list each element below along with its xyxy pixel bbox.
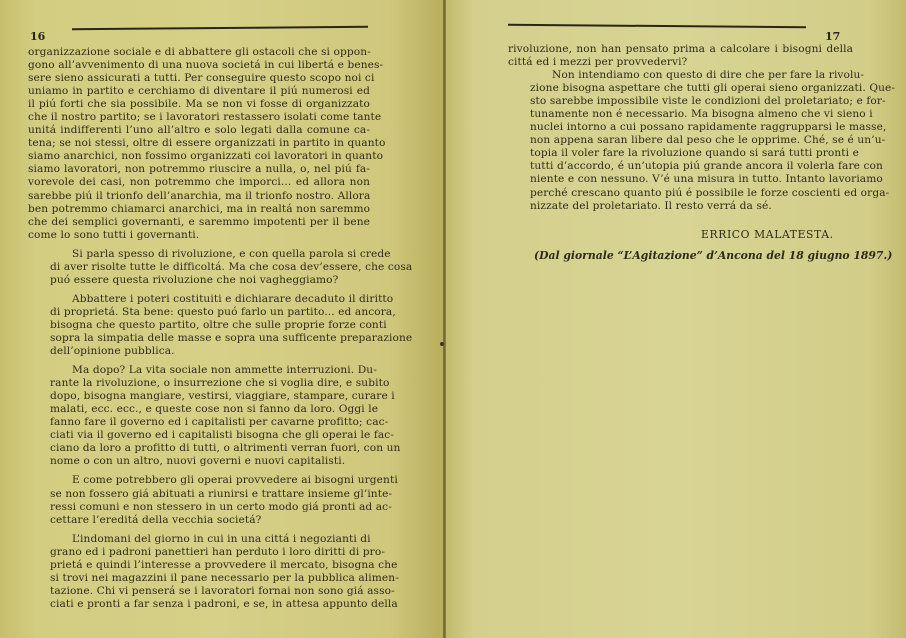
left-page-body-text: organizzazione sociale e di abbattere gl… — [28, 46, 370, 611]
text-line: dell’opinione pubblica. — [28, 345, 370, 358]
text-line: organizzazione sociale e di abbattere gl… — [28, 46, 370, 59]
text-line: rante la rivoluzione, o insurrezione che… — [28, 377, 370, 390]
header-rule-right — [508, 24, 806, 29]
text-line: tunamente non é necessario. Ma bisogna a… — [508, 108, 853, 121]
text-line: uniamo in partito e cerchiamo di diventa… — [28, 85, 370, 98]
text-line: topia il voler fare la rivoluzione quand… — [508, 147, 853, 160]
paragraph: Non intendiamo con questo di dire che pe… — [508, 69, 853, 213]
text-line: tazione. Chi vi penserá se i lavoratori … — [28, 585, 370, 598]
text-line: zione bisogna aspettare che tutti gli op… — [508, 82, 853, 95]
text-line: gono all’avvenimento di una nuova societ… — [28, 59, 370, 72]
text-line: ciano da loro a profitto di tutti, o alt… — [28, 442, 370, 455]
text-line: se non fossero giá abituati a riunirsi e… — [28, 488, 370, 501]
text-line: nome o con un altro, nuovi governi e nuo… — [28, 455, 370, 468]
text-line: nuclei intorno a cui possano rapidamente… — [508, 121, 853, 134]
paragraph: Abbattere i poteri costituiti e dichiara… — [28, 293, 370, 358]
text-line: ciati e pronti a far senza i padroni, e … — [28, 598, 370, 611]
text-line: sere sieno assicurati a tutti. Per conse… — [28, 72, 370, 85]
right-page: 17 rivoluzione, non han pensato prima a … — [446, 0, 906, 638]
text-line: siamo lavoratori, non potremmo riuscire … — [28, 163, 370, 176]
text-line: Si parla spesso di rivoluzione, e con qu… — [28, 248, 370, 261]
text-line: Non intendiamo con questo di dire che pe… — [508, 69, 853, 82]
text-line: di aver risolte tutte le difficoltá. Ma … — [28, 261, 370, 274]
text-line: siamo anarchici, non fossimo organizzati… — [28, 150, 370, 163]
text-line: sarebbe piú il trionfo dell’anarchia, ma… — [28, 190, 370, 203]
text-line: ciati via il governo ed i capitalisti bi… — [28, 429, 370, 442]
paragraph: E come potrebbero gli operai provvedere … — [28, 474, 370, 526]
text-line: nizzate del proletariato. Il resto verrá… — [508, 200, 853, 213]
text-line: vorevole dei casi, non potremmo che impo… — [28, 176, 370, 189]
text-line: si trovi nei magazzini il pane necessari… — [28, 572, 370, 585]
text-line: prietá e quindi l’interesse a provvedere… — [28, 559, 370, 572]
text-line: Abbattere i poteri costituiti e dichiara… — [28, 293, 370, 306]
author-signature: ERRICO MALATESTA. — [701, 228, 834, 241]
text-line: fanno fare il governo ed i capitalisti p… — [28, 416, 370, 429]
paragraph: L’indomani del giorno in cui in una citt… — [28, 533, 370, 611]
text-line: che il nostro partito; se i lavoratori r… — [28, 111, 370, 124]
text-line: che dei semplici governanti, e saremmo i… — [28, 216, 370, 229]
text-line: E come potrebbero gli operai provvedere … — [28, 474, 370, 487]
paragraph: organizzazione sociale e di abbattere gl… — [28, 46, 370, 242]
text-line: sopra la simpatia delle masse e sopra un… — [28, 332, 370, 345]
source-citation: (Dal giornale “L’Agitazione” d’Ancona de… — [534, 249, 892, 262]
paragraph: rivoluzione, non han pensato prima a cal… — [508, 43, 853, 69]
text-line: di proprietá. Sta bene: questo puó farlo… — [28, 306, 370, 319]
text-line: Ma dopo? La vita sociale non ammette int… — [28, 364, 370, 377]
text-line: malati, ecc. ecc., e queste cose non si … — [28, 403, 370, 416]
text-line: ressi comuni e non stessero in un certo … — [28, 501, 370, 514]
text-line: tena; se noi stessi, oltre di essere org… — [28, 137, 370, 150]
text-line: grano ed i padroni panettieri han perdut… — [28, 546, 370, 559]
text-line: come lo sono tutti i governanti. — [28, 229, 370, 242]
text-line: cettare l’ereditá della vecchia societá? — [28, 514, 370, 527]
text-line: perché crescano quanto piú é possibile l… — [508, 187, 853, 200]
text-line: sto sarebbe impossibile viste le condizi… — [508, 95, 853, 108]
left-page: 16 organizzazione sociale e di abbattere… — [0, 0, 443, 638]
page-number-left: 16 — [30, 30, 45, 43]
text-line: cittá ed i mezzi per provvedervi? — [508, 56, 853, 69]
text-line: rivoluzione, non han pensato prima a cal… — [508, 43, 853, 56]
text-line: dopo, bisogna mangiare, vestirsi, viaggi… — [28, 390, 370, 403]
text-line: puó essere questa rivoluzione che noi va… — [28, 274, 370, 287]
text-line: il piú forti che sia possibile. Ma se no… — [28, 98, 370, 111]
paragraph: Si parla spesso di rivoluzione, e con qu… — [28, 248, 370, 287]
text-line: L’indomani del giorno in cui in una citt… — [28, 533, 370, 546]
text-line: ben potremmo chiamarci anarchici, ma in … — [28, 203, 370, 216]
text-line: niente e con nessuno. V’é una misura in … — [508, 173, 853, 186]
text-line: non appena saran libere dal peso che le … — [508, 134, 853, 147]
open-book-spread: 16 organizzazione sociale e di abbattere… — [0, 0, 906, 638]
binding-thread-dot — [440, 342, 444, 346]
page-number-right: 17 — [825, 30, 840, 43]
text-line: unitá indifferenti l’uno all’altro e sol… — [28, 124, 370, 137]
header-rule-left — [72, 26, 368, 31]
right-page-body-text: rivoluzione, non han pensato prima a cal… — [508, 43, 853, 213]
text-line: bisogna che questo partito, oltre che su… — [28, 319, 370, 332]
text-line: tutti d’accordo, é un’utopia piú grande … — [508, 160, 853, 173]
paragraph: Ma dopo? La vita sociale non ammette int… — [28, 364, 370, 468]
